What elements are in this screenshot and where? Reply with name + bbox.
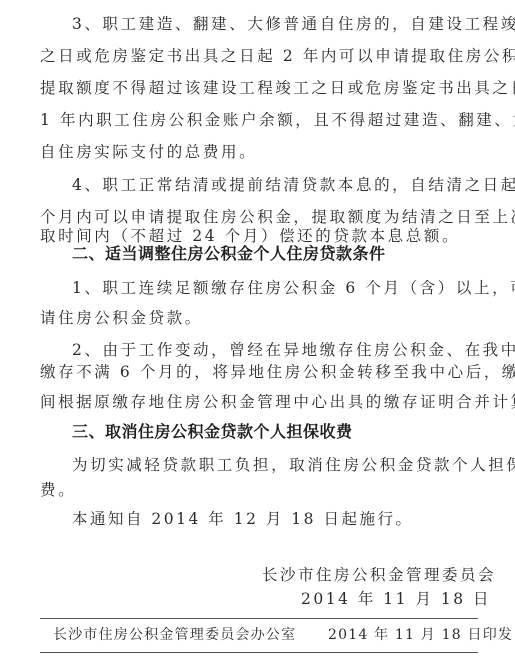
item4-line-2: 个月内可以申请提取住房公积金，提取额度为结清之日至上次提: [40, 207, 480, 227]
footer-top-rule: [40, 618, 478, 619]
section2-heading: 二、适当调整住房公积金个人住房贷款条件: [72, 244, 386, 264]
item4-line-1: 4、职工正常结清或提前结清贷款本息的，自结清之日起 12: [72, 175, 480, 195]
signature-organization: 长沙市住房公积金管理委员会: [262, 565, 496, 585]
section3-body-line-1: 为切实减轻贷款职工负担，取消住房公积金贷款个人担保收: [72, 455, 480, 475]
section2-item2-line-3: 间根据原缴存地住房公积金管理中心出具的缴存证明合并计算。: [40, 392, 480, 412]
footer-issuer: 长沙市住房公积金管理委员会办公室: [53, 626, 296, 644]
section2-item1-line-1: 1、职工连续足额缴存住房公积金 6 个月（含）以上，可申: [72, 278, 480, 298]
item3-line-5: 自住房实际支付的总费用。: [40, 142, 480, 162]
item3-line-3: 提取额度不得超过该建设工程竣工之日或危房鉴定书出具之日: [40, 78, 480, 98]
section2-item1-line-2: 请住房公积金贷款。: [40, 308, 480, 328]
item3-line-4: 1 年内职工住房公积金账户余额，且不得超过建造、翻建、大修: [40, 110, 480, 130]
item4-line-3: 取时间内（不超过 24 个月）偿还的贷款本息总额。: [40, 226, 480, 246]
footer-issue-date: 2014 年 11 月 18 日印发: [328, 626, 513, 644]
signature-date: 2014 年 11 月 18 日: [301, 589, 491, 609]
effective-notice: 本通知自 2014 年 12 月 18 日起施行。: [72, 509, 413, 529]
item3-line-2: 之日或危房鉴定书出具之日起 2 年内可以申请提取住房公积金，: [40, 46, 480, 66]
section2-item2-line-2: 缴存不满 6 个月的，将异地住房公积金转移至我中心后，缴存时: [40, 362, 480, 382]
footer-bottom-rule: [40, 652, 478, 653]
section3-body-line-2: 费。: [40, 480, 480, 500]
section2-item2-line-1: 2、由于工作变动，曾经在异地缴存住房公积金、在我中心: [72, 340, 480, 360]
section3-heading: 三、取消住房公积金贷款个人担保收费: [72, 422, 353, 442]
item3-line-1: 3、职工建造、翻建、大修普通自住房的，自建设工程竣工: [72, 14, 480, 34]
document-page: 3、职工建造、翻建、大修普通自住房的，自建设工程竣工 之日或危房鉴定书出具之日起…: [0, 0, 515, 659]
